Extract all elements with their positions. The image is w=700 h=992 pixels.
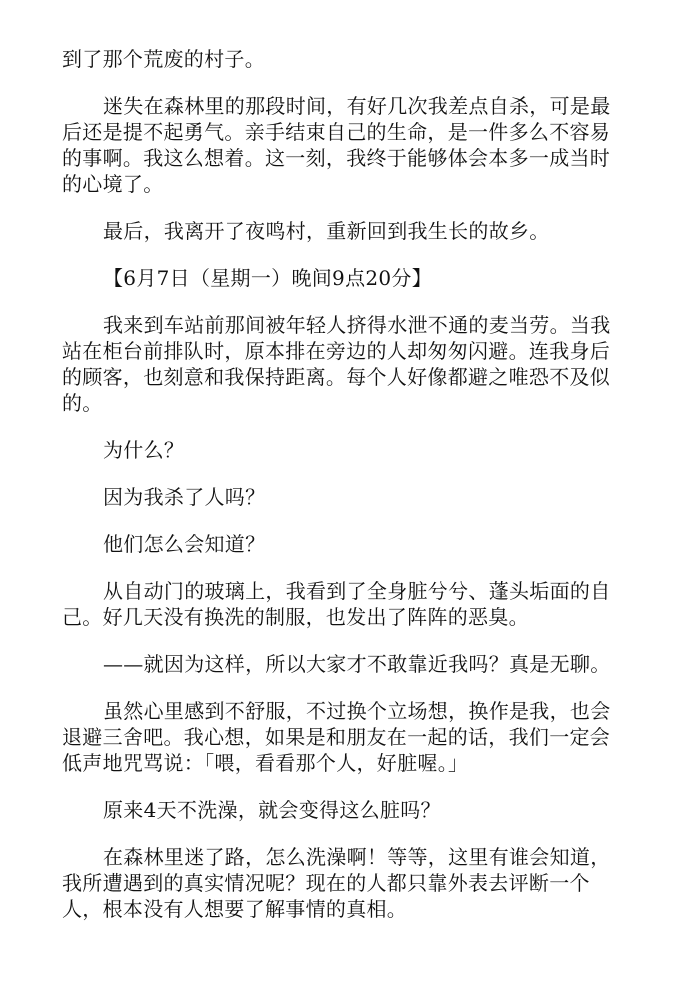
paragraph: 我来到车站前那间被年轻人挤得水泄不通的麦当劳。当我 站在柜台前排队时，原本排在旁… — [62, 312, 642, 416]
text-line: 的事啊。我这么想着。这一刻，我终于能够体会本多一成当时 — [62, 145, 642, 171]
paragraph: 迷失在森林里的那段时间，有好几次我差点自杀，可是最 后还是提不起勇气。亲手结束自… — [62, 93, 642, 197]
paragraph: 为什么？ — [62, 437, 642, 463]
section-timestamp-heading: 【6月7日（星期一）晚间9点20分】 — [62, 265, 642, 291]
paragraph: 在森林里迷了路，怎么洗澡啊！等等，这里有谁会知道， 我所遭遇到的真实情况呢？现在… — [62, 844, 642, 922]
text-line: 最后，我离开了夜鸣村，重新回到我生长的故乡。 — [62, 218, 642, 244]
text-line: 我来到车站前那间被年轻人挤得水泄不通的麦当劳。当我 — [62, 312, 642, 338]
paragraph: 虽然心里感到不舒服，不过换个立场想，换作是我，也会 退避三舍吧。我心想，如果是和… — [62, 698, 642, 776]
paragraph: ——就因为这样，所以大家才不敢靠近我吗？真是无聊。 — [62, 651, 642, 677]
document-page: 到了那个荒废的村子。 迷失在森林里的那段时间，有好几次我差点自杀，可是最 后还是… — [62, 46, 642, 943]
text-line: ——就因为这样，所以大家才不敢靠近我吗？真是无聊。 — [62, 651, 642, 677]
paragraph: 因为我杀了人吗？ — [62, 484, 642, 510]
text-line: 后还是提不起勇气。亲手结束自己的生命，是一件多么不容易 — [62, 119, 642, 145]
text-line: 人，根本没有人想要了解事情的真相。 — [62, 896, 642, 922]
paragraph: 原来4天不洗澡，就会变得这么脏吗？ — [62, 797, 642, 823]
text-line: 从自动门的玻璃上，我看到了全身脏兮兮、蓬头垢面的自 — [62, 578, 642, 604]
text-line: 为什么？ — [62, 437, 642, 463]
text-line: 低声地咒骂说：「喂，看看那个人，好脏喔。」 — [62, 750, 642, 776]
text-line: 站在柜台前排队时，原本排在旁边的人却匆匆闪避。连我身后 — [62, 338, 642, 364]
text-line: 的心境了。 — [62, 171, 642, 197]
paragraph: 最后，我离开了夜鸣村，重新回到我生长的故乡。 — [62, 218, 642, 244]
text-line: 退避三舍吧。我心想，如果是和朋友在一起的话，我们一定会 — [62, 724, 642, 750]
text-line: 迷失在森林里的那段时间，有好几次我差点自杀，可是最 — [62, 93, 642, 119]
paragraph: 从自动门的玻璃上，我看到了全身脏兮兮、蓬头垢面的自 己。好几天没有换洗的制服，也… — [62, 578, 642, 630]
text-line: 因为我杀了人吗？ — [62, 484, 642, 510]
timestamp-line: 【6月7日（星期一）晚间9点20分】 — [62, 265, 642, 291]
text-line: 在森林里迷了路，怎么洗澡啊！等等，这里有谁会知道， — [62, 844, 642, 870]
text-line: 的。 — [62, 390, 642, 416]
paragraph: 他们怎么会知道？ — [62, 531, 642, 557]
text-line: 虽然心里感到不舒服，不过换个立场想，换作是我，也会 — [62, 698, 642, 724]
text-line: 我所遭遇到的真实情况呢？现在的人都只靠外表去评断一个 — [62, 870, 642, 896]
text-line: 到了那个荒废的村子。 — [62, 46, 642, 72]
text-line: 的顾客，也刻意和我保持距离。每个人好像都避之唯恐不及似 — [62, 364, 642, 390]
text-line: 己。好几天没有换洗的制服，也发出了阵阵的恶臭。 — [62, 604, 642, 630]
paragraph: 到了那个荒废的村子。 — [62, 46, 642, 72]
text-line: 他们怎么会知道？ — [62, 531, 642, 557]
text-line: 原来4天不洗澡，就会变得这么脏吗？ — [62, 797, 642, 823]
